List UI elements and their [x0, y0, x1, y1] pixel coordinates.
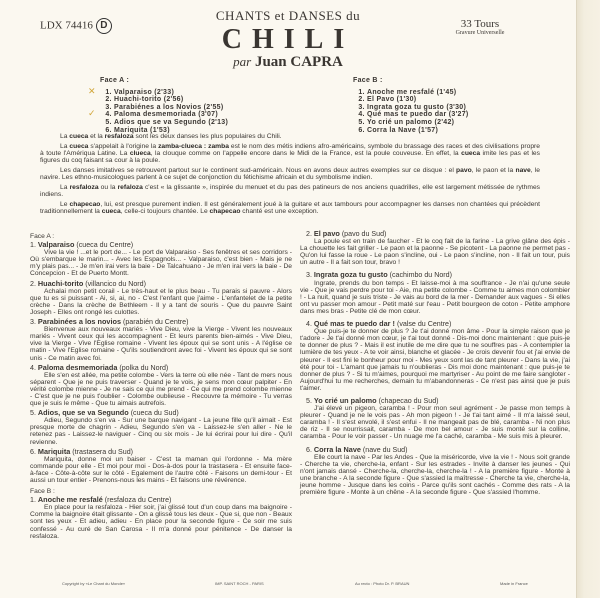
- by-prefix: par: [233, 54, 251, 69]
- intro-paragraph: La cueca et la resfaloza sont les deux d…: [40, 133, 540, 140]
- song-name: Yo crié un palomo: [314, 396, 377, 405]
- song-lyrics: Elle court la nave - Par les Andes - Que…: [300, 454, 570, 497]
- song-name: Corra la Nave: [314, 445, 361, 454]
- song-name: Anoche me resfalé: [38, 495, 103, 504]
- track-item: Valparaiso (2'33): [114, 89, 228, 97]
- emphasis: refaloza: [118, 184, 143, 191]
- face-label: Face A :: [100, 77, 228, 85]
- song-title: 1. Anoche me resfalé (resfaloza du Centr…: [30, 496, 292, 504]
- song-lyrics: La poule est en train de faucher - Et le…: [300, 238, 570, 266]
- track-item: Qué mas te puedo dar (3'27): [367, 111, 469, 119]
- song-title: 1. Valparaiso (cueca du Centre): [30, 241, 292, 249]
- printer-note: IMP. SAINT ROCH - PARIS: [215, 581, 264, 586]
- song-name: Huachi-torito: [38, 279, 83, 288]
- face-a-songs: 1. Valparaiso (cueca du Centre)Vive la v…: [30, 241, 292, 484]
- song-lyrics: Que puis-je te donner de plus ? Je t'ai …: [300, 328, 570, 392]
- track-item: Paloma desmemoriada (3'07): [114, 111, 228, 119]
- track-list: Valparaiso (2'33)Huachi-torito (2'56)Par…: [100, 89, 228, 135]
- track-list: Anoche me resfalé (1'45)El Pavo (1'30)In…: [353, 89, 469, 135]
- song-title: 6. Mariquita (trastasera du Sud): [30, 448, 292, 456]
- song-lyrics: Vive la vie ! ...et le port de... - Le p…: [30, 249, 292, 277]
- song-name: Ingrata goza tu gusto: [314, 270, 388, 279]
- intro-paragraph: La resfaloza ou la refaloza c'est « la g…: [40, 184, 540, 198]
- song-entry: 1. Valparaiso (cueca du Centre)Vive la v…: [30, 241, 292, 277]
- song-title: 4. Qué mas te puedo dar ! (valse du Cent…: [306, 320, 570, 328]
- emphasis: nave: [515, 167, 530, 174]
- song-entry: 1. Anoche me resfalé (resfaloza du Centr…: [30, 496, 292, 540]
- check-mark-icon: ✕: [88, 86, 96, 97]
- artist-line: par Juan CAPRA: [0, 54, 576, 71]
- intro-paragraph: Le chapecao, lui, est presque purement i…: [40, 201, 540, 215]
- emphasis: chapecao: [210, 208, 241, 215]
- face-b-songs: 1. Anoche me resfalé (resfaloza du Centr…: [30, 496, 292, 540]
- intro-paragraph: La cueca s'appelait à l'origine la zamba…: [40, 143, 540, 165]
- engraving-text: Gravure Universelle: [430, 30, 530, 36]
- copyright-note: Copyright by «Le Chant du Monde»: [62, 581, 125, 586]
- song-name: Mariquita: [38, 447, 70, 456]
- emphasis: zamba-clueca : zamba: [158, 143, 229, 150]
- song-entry: 2. Huachi-torito (villancico du Nord)Ach…: [30, 280, 292, 316]
- cover-edge: [576, 0, 600, 598]
- song-lyrics: Adieu, Segundo s'en va - Sur une barque …: [30, 417, 292, 445]
- emphasis: cueca: [69, 143, 88, 150]
- song-name: Valparaiso: [38, 240, 75, 249]
- track-item: Adios que se va Segundo (2'13): [114, 119, 228, 127]
- song-lyrics: Mariquita, donne moi un baiser - C'est t…: [30, 456, 292, 484]
- emphasis: resfaloza: [70, 184, 99, 191]
- emphasis: chapecao: [70, 201, 101, 208]
- introduction-text: La cueca et la resfaloza sont les deux d…: [40, 133, 540, 218]
- song-entry: 5. Adios, que se va Segundo (cueca du Su…: [30, 409, 292, 445]
- song-name: Parabinées a los novios: [38, 317, 121, 326]
- song-entry: 4. Paloma desmemoriada (polka du Nord)El…: [30, 364, 292, 408]
- speed-info: 33 Tours Gravure Universelle: [430, 18, 530, 36]
- song-lyrics: Bienvenue aux nouveaux mariés - Vive Die…: [30, 326, 292, 361]
- song-title: 3. Ingrata goza tu gusto (cachimbo du No…: [306, 271, 570, 279]
- photo-credit: Au recto : Photo Dr. P. BRAUN: [355, 581, 409, 586]
- emphasis: cueca: [69, 133, 88, 140]
- song-lyrics: Achalai mon petit corail - Le très-haut …: [30, 288, 292, 316]
- origin-note: Made in France: [500, 581, 528, 586]
- song-title: 2. Huachi-torito (villancico du Nord): [30, 280, 292, 288]
- song-entry: 2. El pavo (pavo du Sud)La poule est en …: [300, 230, 570, 266]
- song-entry: 3. Ingrata goza tu gusto (cachimbo du No…: [300, 271, 570, 315]
- check-mark-icon: ✓: [88, 108, 96, 119]
- song-entry: 6. Mariquita (trastasera du Sud)Mariquit…: [30, 448, 292, 484]
- song-name: El pavo: [314, 229, 340, 238]
- emphasis: resfaloza: [105, 133, 134, 140]
- speed-text: 33 Tours: [430, 18, 530, 30]
- intro-paragraph: Les danses imitatives se retrouvent part…: [40, 167, 540, 181]
- song-name: Qué mas te puedo dar !: [314, 319, 395, 328]
- song-title: 3. Parabinées a los novios (parabién du …: [30, 318, 292, 326]
- song-entry: 3. Parabinées a los novios (parabién du …: [30, 318, 292, 362]
- track-item: Ingrata goza tu gusto (3'30): [367, 104, 469, 112]
- song-lyrics: J'ai élevé un pigeon, caramba ! - Pour m…: [300, 405, 570, 440]
- emphasis: cueca: [461, 150, 480, 157]
- song-name: Adios, que se va Segundo: [38, 408, 129, 417]
- track-item: Huachi-torito (2'56): [114, 96, 228, 104]
- song-lyrics: Elle s'en est allée, ma petite colombe -…: [30, 372, 292, 407]
- face-b-heading: Face B :: [30, 488, 292, 495]
- emphasis: cueca: [102, 208, 121, 215]
- song-title: 6. Corra la Nave (nave du Sud): [306, 446, 570, 454]
- lyrics-column-right: 2. El pavo (pavo du Sud)La poule est en …: [300, 230, 570, 501]
- track-item: Yo crié un palomo (2'42): [367, 119, 469, 127]
- song-title: 5. Adios, que se va Segundo (cueca du Su…: [30, 409, 292, 417]
- album-back-cover: LDX 74416D CHANTS et DANSES du CHILI par…: [0, 0, 576, 598]
- track-item: Parabiénes a los Novios (2'55): [114, 104, 228, 112]
- track-item: El Pavo (1'30): [367, 96, 469, 104]
- song-title: 5. Yo crié un palomo (chapecao du Sud): [306, 397, 570, 405]
- song-lyrics: Ingrate, prends du bon temps - Et laisse…: [300, 280, 570, 315]
- tracklist-face-a: Face A : Valparaiso (2'33)Huachi-torito …: [100, 77, 228, 134]
- face-label: Face B :: [353, 77, 469, 85]
- emphasis: pavo: [456, 167, 472, 174]
- lyrics-column-left: Face A : 1. Valparaiso (cueca du Centre)…: [30, 233, 292, 542]
- song-lyrics: En place pour la resfaloza - Hier soir, …: [30, 504, 292, 539]
- song-name: Paloma desmemoriada: [38, 363, 118, 372]
- track-item: Anoche me resfalé (1'45): [367, 89, 469, 97]
- tracklist-face-b: Face B : Anoche me resfalé (1'45)El Pavo…: [353, 77, 469, 134]
- song-title: 4. Paloma desmemoriada (polka du Nord): [30, 364, 292, 372]
- artist-name: Juan CAPRA: [255, 54, 343, 70]
- song-entry: 5. Yo crié un palomo (chapecao du Sud)J'…: [300, 397, 570, 441]
- song-title: 2. El pavo (pavo du Sud): [306, 230, 570, 238]
- song-entry: 4. Qué mas te puedo dar ! (valse du Cent…: [300, 320, 570, 392]
- emphasis: clueca: [130, 150, 151, 157]
- face-a-heading: Face A :: [30, 233, 292, 240]
- song-entry: 6. Corra la Nave (nave du Sud)Elle court…: [300, 446, 570, 497]
